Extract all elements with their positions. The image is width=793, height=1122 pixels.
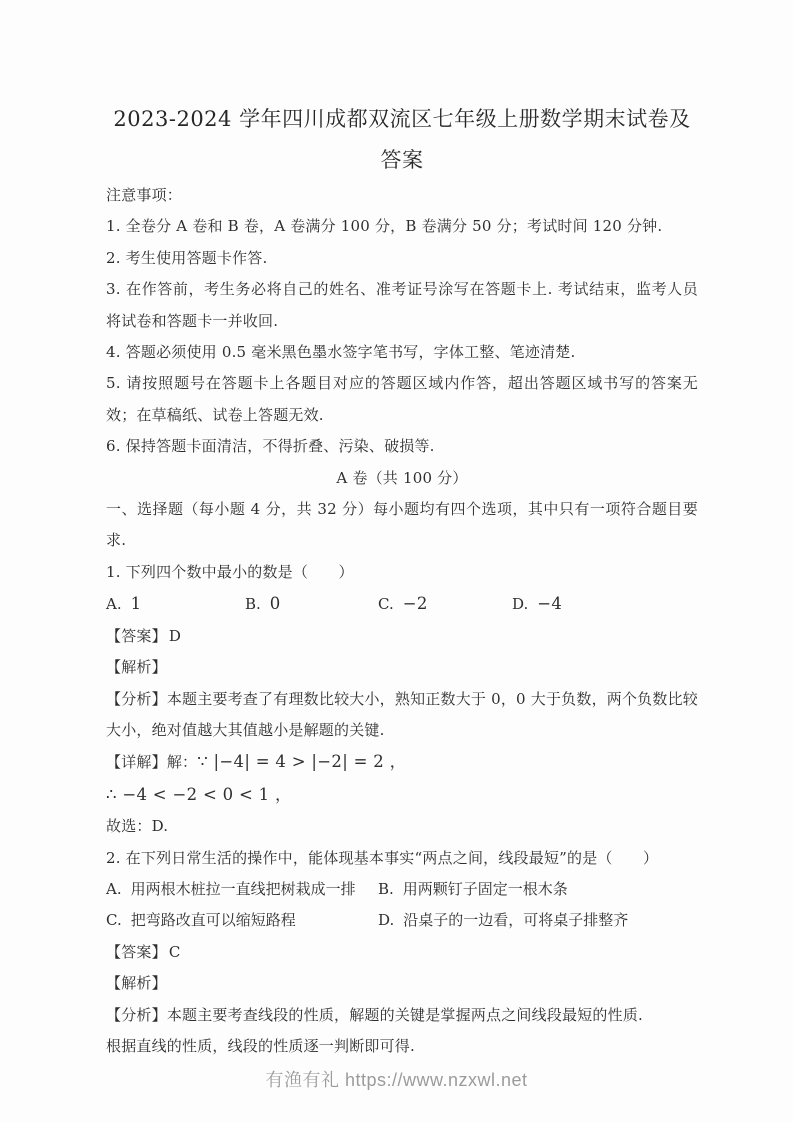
analysis-tag: 【分析】	[106, 690, 167, 708]
option-label: A.	[106, 880, 122, 898]
part-one-heading: 一、选择题（每小题 4 分，共 32 分）每小题均有四个选项，其中只有一项符合题…	[106, 494, 698, 557]
option-label: D.	[378, 911, 394, 929]
question-2-options-row-1: A.用两根木桩拉一直线把树栽成一排 B.用两颗钉子固定一根木条	[106, 874, 698, 905]
notice-item-3: 3. 在作答前，考生务必将自己的姓名、准考证号涂写在答题卡上. 考试结束，监考人…	[106, 274, 698, 337]
option-value: 沿桌子的一边看，可将桌子排整齐	[403, 911, 628, 929]
question-1-option-d: D.−4	[512, 588, 698, 620]
answer-value: C	[169, 943, 181, 961]
question-1-detail: 【详解】解：∵ |−4| = 4 > |−2| = 2 ，	[106, 746, 698, 778]
notice-heading: 注意事项：	[106, 180, 698, 211]
option-label: D.	[512, 595, 528, 613]
detail-math-2: ∴ −4 < −2 < 0 < 1 ，	[106, 785, 292, 804]
document-body: 2023-2024 学年四川成都双流区七年级上册数学期末试卷及 答案 注意事项：…	[106, 0, 698, 1062]
question-2-analysis-line-2: 根据直线的性质，线段的性质逐一判断即可得.	[106, 1031, 698, 1062]
option-value: 0	[270, 594, 281, 613]
question-2-option-d: D.沿桌子的一边看，可将桌子排整齐	[378, 905, 698, 936]
notice-item-4: 4. 答题必须使用 0.5 毫米黑色墨水签字笔书写，字体工整、笔迹清楚.	[106, 337, 698, 368]
option-label: C.	[378, 595, 394, 613]
question-1-conclusion: 故选：D.	[106, 811, 698, 842]
watermark-link[interactable]: 有渔有礼 https://www.nzxwl.net	[265, 1070, 527, 1090]
title-line-2: 答案	[106, 140, 698, 180]
option-value: −4	[537, 594, 562, 613]
notice-item-5: 5. 请按照题号在答题卡上各题目对应的答题区域内作答，超出答题区域书写的答案无效…	[106, 368, 698, 431]
detail-math-1: ∵ |−4| = 4 > |−2| = 2 ，	[197, 752, 406, 771]
question-1-jiexi: 【解析】	[106, 652, 698, 683]
notice-item-1: 1. 全卷分 A 卷和 B 卷，A 卷满分 100 分，B 卷满分 50 分；考…	[106, 211, 698, 242]
question-1-option-a: A.1	[106, 588, 245, 620]
answer-tag: 【答案】	[106, 627, 167, 645]
page-footer: 有渔有礼 https://www.nzxwl.net	[0, 1066, 793, 1092]
question-2-stem: 2. 在下列日常生活的操作中，能体现基本事实“两点之间，线段最短”的是（ ）	[106, 843, 698, 874]
option-value: 1	[131, 594, 142, 613]
question-2-analysis-line-1: 【分析】本题主要考查线段的性质，解题的关键是掌握两点之间线段最短的性质.	[106, 1000, 698, 1031]
notice-item-2: 2. 考生使用答题卡作答.	[106, 243, 698, 274]
answer-value: D	[169, 627, 181, 645]
analysis-tag: 【分析】	[106, 1006, 167, 1024]
question-2-answer: 【答案】C	[106, 937, 698, 968]
document-title: 2023-2024 学年四川成都双流区七年级上册数学期末试卷及 答案	[106, 0, 698, 180]
question-2-options-row-2: C.把弯路改直可以缩短路程 D.沿桌子的一边看，可将桌子排整齐	[106, 905, 698, 936]
question-1-answer: 【答案】D	[106, 621, 698, 652]
question-1-analysis: 【分析】本题主要考查了有理数比较大小，熟知正数大于 0，0 大于负数，两个负数比…	[106, 684, 698, 747]
question-1-option-b: B.0	[245, 588, 378, 620]
analysis-text: 本题主要考查了有理数比较大小，熟知正数大于 0，0 大于负数，两个负数比较大小，…	[106, 690, 698, 739]
detail-prefix: 解：	[167, 753, 197, 771]
option-value: 用两颗钉子固定一根木条	[403, 880, 568, 898]
exam-paper-page: 2023-2024 学年四川成都双流区七年级上册数学期末试卷及 答案 注意事项：…	[0, 0, 793, 1122]
question-2-option-c: C.把弯路改直可以缩短路程	[106, 905, 378, 936]
question-1-option-c: C.−2	[378, 588, 512, 620]
question-2-option-b: B.用两颗钉子固定一根木条	[378, 874, 698, 905]
analysis-text: 本题主要考查线段的性质，解题的关键是掌握两点之间线段最短的性质.	[167, 1006, 643, 1024]
question-1-options: A.1 B.0 C.−2 D.−4	[106, 588, 698, 620]
question-1-stem: 1. 下列四个数中最小的数是（ ）	[106, 557, 698, 588]
detail-tag: 【详解】	[106, 753, 167, 771]
option-value: 把弯路改直可以缩短路程	[131, 911, 296, 929]
question-2-option-a: A.用两根木桩拉一直线把树栽成一排	[106, 874, 378, 905]
option-label: B.	[245, 595, 261, 613]
option-value: −2	[403, 594, 428, 613]
option-label: A.	[106, 595, 122, 613]
option-label: B.	[378, 880, 394, 898]
option-value: 用两根木桩拉一直线把树栽成一排	[131, 880, 356, 898]
title-line-1: 2023-2024 学年四川成都双流区七年级上册数学期末试卷及	[106, 98, 698, 140]
question-2-jiexi: 【解析】	[106, 968, 698, 999]
answer-tag: 【答案】	[106, 943, 167, 961]
question-1-detail-line-2: ∴ −4 < −2 < 0 < 1 ，	[106, 779, 698, 811]
section-a-heading: A 卷（共 100 分）	[106, 463, 698, 494]
option-label: C.	[106, 911, 122, 929]
notice-item-6: 6. 保持答题卡面清洁，不得折叠、污染、破损等.	[106, 431, 698, 462]
